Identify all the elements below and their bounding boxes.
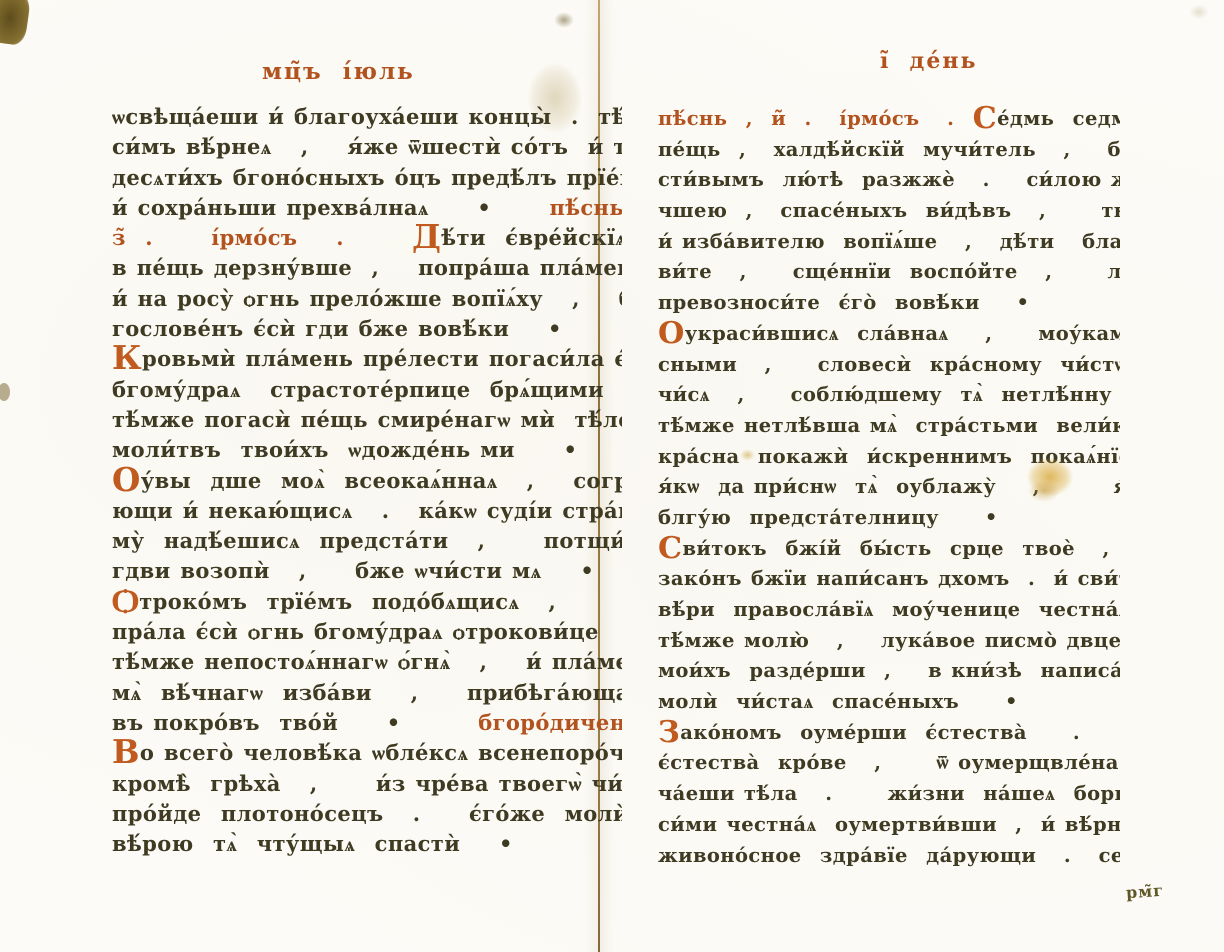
body-text: си́ми честна́ѧ оумертви́вши , и́ вѣ́рным… <box>658 813 1120 836</box>
body-text: бгому́драѧ страстоте́рпице брѧ́щими . <box>112 377 622 402</box>
corner-ink-mark <box>0 0 31 46</box>
text-line: є́стества̀ кро́ве , ѿ оумерщвле́на и́сто <box>658 748 1120 779</box>
body-text: си́мъ вѣ́рнеѧ , я́же ѿшестѝ со́тъ и́ три <box>112 134 622 159</box>
body-text: въ покро́въ тво́й • <box>112 710 478 735</box>
body-text: мѧ̀ вѣ́чнагѡ изба́ви , прибѣга́ющаго <box>112 680 622 705</box>
text-line: и́ сохра́ньши прехва́лнаѧ • пѣ́снь . <box>112 193 622 223</box>
body-text: ѣ́ти є́вре́йскїѧ <box>441 225 622 250</box>
body-text: е́дмь седми́цею <box>997 107 1120 130</box>
text-line: вѣ́ри правосла́вїѧ моу́ченице честна́ѧ . <box>658 595 1120 626</box>
drop-cap-initial: Д <box>412 223 441 253</box>
left-page-header: мц̃ъ і́юль <box>262 58 415 85</box>
text-line: вѣ́рою тѧ̀ чту́щыѧ спастѝ • <box>112 829 622 859</box>
text-line: превозноси́те є́го̀ вовѣ́ки • <box>658 288 1120 319</box>
text-line: тѣ́мже непостоѧ́ннагѡ ѻ́гнѧ̀ , и́ пла́ме… <box>112 647 622 677</box>
body-text: ви́токъ бжі́й бы́сть срце твоѐ , носѧ̀ <box>682 537 1120 560</box>
text-line: ѡсвѣща́еши и́ благоуха́еши концы̀ . тѣ́м… <box>112 102 622 132</box>
text-line: въ покро́въ тво́й • бгоро́диченъ . <box>112 708 622 738</box>
text-line: ча́еши тѣ́ла . жи́зни на́шеѧ борца̀ , <box>658 779 1120 810</box>
text-line: десѧти́хъ бгоно́сныхъ о́цъ предѣ́лъ прїе… <box>112 163 622 193</box>
text-line: и́ изба́вителю вопїѧ́ше , дѣ́ти благосло <box>658 227 1120 258</box>
body-text: я́кѡ да при́снѡ тѧ̀ оублажу̀ , я́кѡ <box>658 475 1120 498</box>
body-text: тѣ́мже молю̀ , лука́вое писмо̀ двце ѕѡ́л… <box>658 629 1120 652</box>
text-line: Оукраси́вшисѧ сла́внаѧ , моу́ками тѣле́ <box>658 319 1120 350</box>
text-line: ющи и́ некаю́щисѧ . ка́кѡ суді́и стра́шн… <box>112 496 622 526</box>
body-text: превозноси́те є́го̀ вовѣ́ки • <box>658 291 1029 314</box>
body-text: в пе́щь дерзну́вше , попра́ша пла́мень , <box>112 255 622 280</box>
body-text: моли́твъ твои́хъ ѡдожде́нь ми • <box>112 437 577 462</box>
body-text: гослове́нъ є́сѝ гди бже вовѣ́ки • <box>112 316 562 341</box>
right-page-header: і̃ де́нь <box>880 48 977 74</box>
text-line: живоно́сное здра́вїе да́рующи . сегѡ̀ ра… <box>658 841 1120 872</box>
drop-cap-initial: О <box>658 319 685 350</box>
text-line: гослове́нъ є́сѝ гди бже вовѣ́ки • <box>112 314 622 344</box>
text-line: я́кѡ да при́снѡ тѧ̀ оублажу̀ , я́кѡ <box>658 472 1120 503</box>
body-text: ющи и́ некаю́щисѧ . ка́кѡ суді́и стра́шн… <box>112 498 622 523</box>
body-text: десѧти́хъ бгоно́сныхъ о́цъ предѣ́лъ прїе… <box>112 165 622 190</box>
text-line: Зако́номъ оуме́рши є́стества̀ . па́че <box>658 718 1120 749</box>
text-line: молѝ чи́стаѧ спасе́ныхъ • <box>658 687 1120 718</box>
text-line: сными , словесѝ кра́сному чи́стѡ ѡбру́ <box>658 350 1120 381</box>
paper-stain <box>1186 2 1212 22</box>
text-line: и́ на росу̀ ѻгнь прело́жше вопїѧ́ху , бл… <box>112 284 622 314</box>
text-line: мои́хъ разде́рши , в кни́зѣ написа́ти мѧ… <box>658 656 1120 687</box>
body-text: троко́мъ трїе́мъ подо́бѧщисѧ , по <box>139 589 622 614</box>
body-text: му̀ надѣ́ешисѧ предста́ти , потщи́сѧ <box>112 528 622 553</box>
drop-cap-initial: К <box>112 344 142 374</box>
text-line: чшею , спасе́ныхъ ви́дѣвъ , творцоу̀ <box>658 196 1120 227</box>
body-text: вѣ́ри правосла́вїѧ моу́ченице честна́ѧ . <box>658 598 1120 621</box>
text-line: з̃ . і́рмо́съ . Дѣ́ти є́вре́йскїѧ <box>112 223 622 253</box>
rubric-text: бгоро́диченъ . <box>478 710 622 735</box>
text-line: Оу́вы дше моѧ̀ всеокаѧ́ннаѧ , согрѣша́ <box>112 466 622 496</box>
folio-number: рм̃г <box>1125 881 1164 903</box>
body-text: кра́сна покажѝ и́скреннимъ покаѧ́нїемъ . <box>658 445 1120 468</box>
text-line: сти́вымъ лю́тѣ разжжѐ . си́лою же лоу́ <box>658 165 1120 196</box>
body-text: сти́вымъ лю́тѣ разжжѐ . си́лою же лоу́ <box>658 168 1120 191</box>
body-text: блгу́ю предста́телницу • <box>658 506 998 529</box>
body-text: про́йде плотоно́сецъ . є́го́же молѝ , <box>112 801 622 826</box>
body-text: є́стества̀ кро́ве , ѿ оумерщвле́на и́сто <box>658 751 1120 774</box>
text-line: пе́щь , халдѣ́йскїй мучи́тель , бгоче <box>658 135 1120 166</box>
text-line: си́мъ вѣ́рнеѧ , я́же ѿшестѝ со́тъ и́ три <box>112 132 622 162</box>
drop-cap-initial: О <box>112 466 141 496</box>
text-line: Кровьмѝ пла́мень пре́лести погаси́ла є́с… <box>112 344 622 374</box>
rubric-text: пѣ́снь , и̃ . і́рмо́съ . <box>658 107 973 130</box>
body-text: о всего̀ человѣ́ка ѡбле́ксѧ всенепоро́чн… <box>140 740 622 765</box>
text-line: тѣ́мже молю̀ , лука́вое писмо̀ двце ѕѡ́л… <box>658 626 1120 657</box>
text-line: про́йде плотоно́сецъ . є́го́же молѝ , <box>112 799 622 829</box>
body-text: ако́номъ оуме́рши є́стества̀ . па́че <box>680 721 1120 744</box>
drop-cap-initial: С <box>658 534 682 565</box>
body-text: ви́те , сще́ннїи воспо́йте , лю́дїє <box>658 260 1120 283</box>
body-text: чи́сѧ , соблю́дшему тѧ̀ нетлѣ́нну . <box>658 383 1120 406</box>
text-line: в пе́щь дерзну́вше , попра́ша пла́мень , <box>112 253 622 283</box>
body-text: у́вы дше моѧ̀ всеокаѧ́ннаѧ , согрѣша́ <box>141 468 622 493</box>
body-text: зако́нъ бжїи напи́санъ дхомъ . и́ сви́то… <box>658 567 1120 590</box>
body-text: и́ на росу̀ ѻгнь прело́жше вопїѧ́ху , бл… <box>112 286 622 311</box>
body-text: живоно́сное здра́вїе да́рующи . сегѡ̀ ра… <box>658 844 1120 867</box>
text-line: му̀ надѣ́ешисѧ предста́ти , потщи́сѧ <box>112 526 622 556</box>
body-text: тѣ́мже нетлѣ́вша мѧ̀ стра́стьми вели́ким… <box>658 414 1120 437</box>
body-text: гдви возопѝ , бже ѡчи́сти мѧ • <box>112 558 594 583</box>
body-text: сными , словесѝ кра́сному чи́стѡ ѡбру́ <box>658 353 1120 376</box>
body-text: мои́хъ разде́рши , в кни́зѣ написа́ти мѧ… <box>658 659 1120 682</box>
drop-cap-initial: В <box>112 738 140 768</box>
rubric-text: пѣ́снь . <box>549 195 622 220</box>
text-line: блгу́ю предста́телницу • <box>658 503 1120 534</box>
book-scan: мц̃ъ і́юль і̃ де́нь ѡсвѣща́еши и́ благоу… <box>0 0 1224 952</box>
body-text: ровьмѝ пла́мень пре́лести погаси́ла є́сѝ… <box>142 346 622 371</box>
drop-cap-initial: Ѻ <box>112 587 139 617</box>
body-text: тѣ́мже непостоѧ́ннагѡ ѻ́гнѧ̀ , и́ пла́ме… <box>112 649 622 674</box>
text-line: мѧ̀ вѣ́чнагѡ изба́ви , прибѣга́ющаго <box>112 678 622 708</box>
text-line: тѣ́мже погасѝ пе́щь смире́нагѡ мѝ тѣ́лес… <box>112 405 622 435</box>
body-text: и́ изба́вителю вопїѧ́ше , дѣ́ти благосло <box>658 230 1120 253</box>
text-line: бгому́драѧ страстоте́рпице брѧ́щими . <box>112 375 622 405</box>
left-page-text-column: ѡсвѣща́еши и́ благоуха́еши концы̀ . тѣ́м… <box>112 102 622 859</box>
text-line: чи́сѧ , соблю́дшему тѧ̀ нетлѣ́нну . <box>658 380 1120 411</box>
text-line: гдви возопѝ , бже ѡчи́сти мѧ • <box>112 556 622 586</box>
text-line: кра́сна покажѝ и́скреннимъ покаѧ́нїемъ . <box>658 442 1120 473</box>
right-page-text-column: пѣ́снь , и̃ . і́рмо́съ . Се́дмь седми́це… <box>658 104 1120 871</box>
paper-speck <box>554 12 574 28</box>
body-text: пра́ла є́сѝ ѻгнь бгому́драѧ ѻтрокови́це … <box>112 619 622 644</box>
body-text: ча́еши тѣ́ла . жи́зни на́шеѧ борца̀ , <box>658 782 1120 805</box>
text-line: зако́нъ бжїи напи́санъ дхомъ . и́ сви́то… <box>658 564 1120 595</box>
text-line: Ѻтроко́мъ трїе́мъ подо́бѧщисѧ , по <box>112 587 622 617</box>
body-text: украси́вшисѧ сла́внаѧ , моу́ками тѣле́ <box>685 322 1120 345</box>
body-text: чшею , спасе́ныхъ ви́дѣвъ , творцоу̀ <box>658 199 1120 222</box>
body-text: кромѣ̀ грѣха̀ , и́з чре́ва твоегѡ̀ чи́ст… <box>112 771 622 796</box>
text-line: си́ми честна́ѧ оумертви́вши , и́ вѣ́рным… <box>658 810 1120 841</box>
text-line: Во всего̀ человѣ́ка ѡбле́ксѧ всенепоро́ч… <box>112 738 622 768</box>
text-line: Сви́токъ бжі́й бы́сть срце твоѐ , носѧ̀ <box>658 534 1120 565</box>
body-text: ѡсвѣща́еши и́ благоуха́еши концы̀ . тѣ́м… <box>112 104 622 129</box>
body-text: и́ сохра́ньши прехва́лнаѧ • <box>112 195 549 220</box>
body-text: молѝ чи́стаѧ спасе́ныхъ • <box>658 690 1018 713</box>
text-line: ви́те , сще́ннїи воспо́йте , лю́дїє <box>658 257 1120 288</box>
drop-cap-initial: З <box>658 718 680 749</box>
text-line: пра́ла є́сѝ ѻгнь бгому́драѧ ѻтрокови́це … <box>112 617 622 647</box>
body-text: вѣ́рою тѧ̀ чту́щыѧ спастѝ • <box>112 831 513 856</box>
text-line: кромѣ̀ грѣха̀ , и́з чре́ва твоегѡ̀ чи́ст… <box>112 769 622 799</box>
text-line: тѣ́мже нетлѣ́вша мѧ̀ стра́стьми вели́ким… <box>658 411 1120 442</box>
rubric-text: з̃ . і́рмо́съ . <box>112 225 412 250</box>
text-line: моли́твъ твои́хъ ѡдожде́нь ми • <box>112 435 622 465</box>
drop-cap-initial: С <box>973 104 997 135</box>
text-line: пѣ́снь , и̃ . і́рмо́съ . Се́дмь седми́це… <box>658 104 1120 135</box>
body-text: тѣ́мже погасѝ пе́щь смире́нагѡ мѝ тѣ́лес… <box>112 407 622 432</box>
edge-speck <box>0 383 10 401</box>
body-text: пе́щь , халдѣ́йскїй мучи́тель , бгоче <box>658 138 1120 161</box>
